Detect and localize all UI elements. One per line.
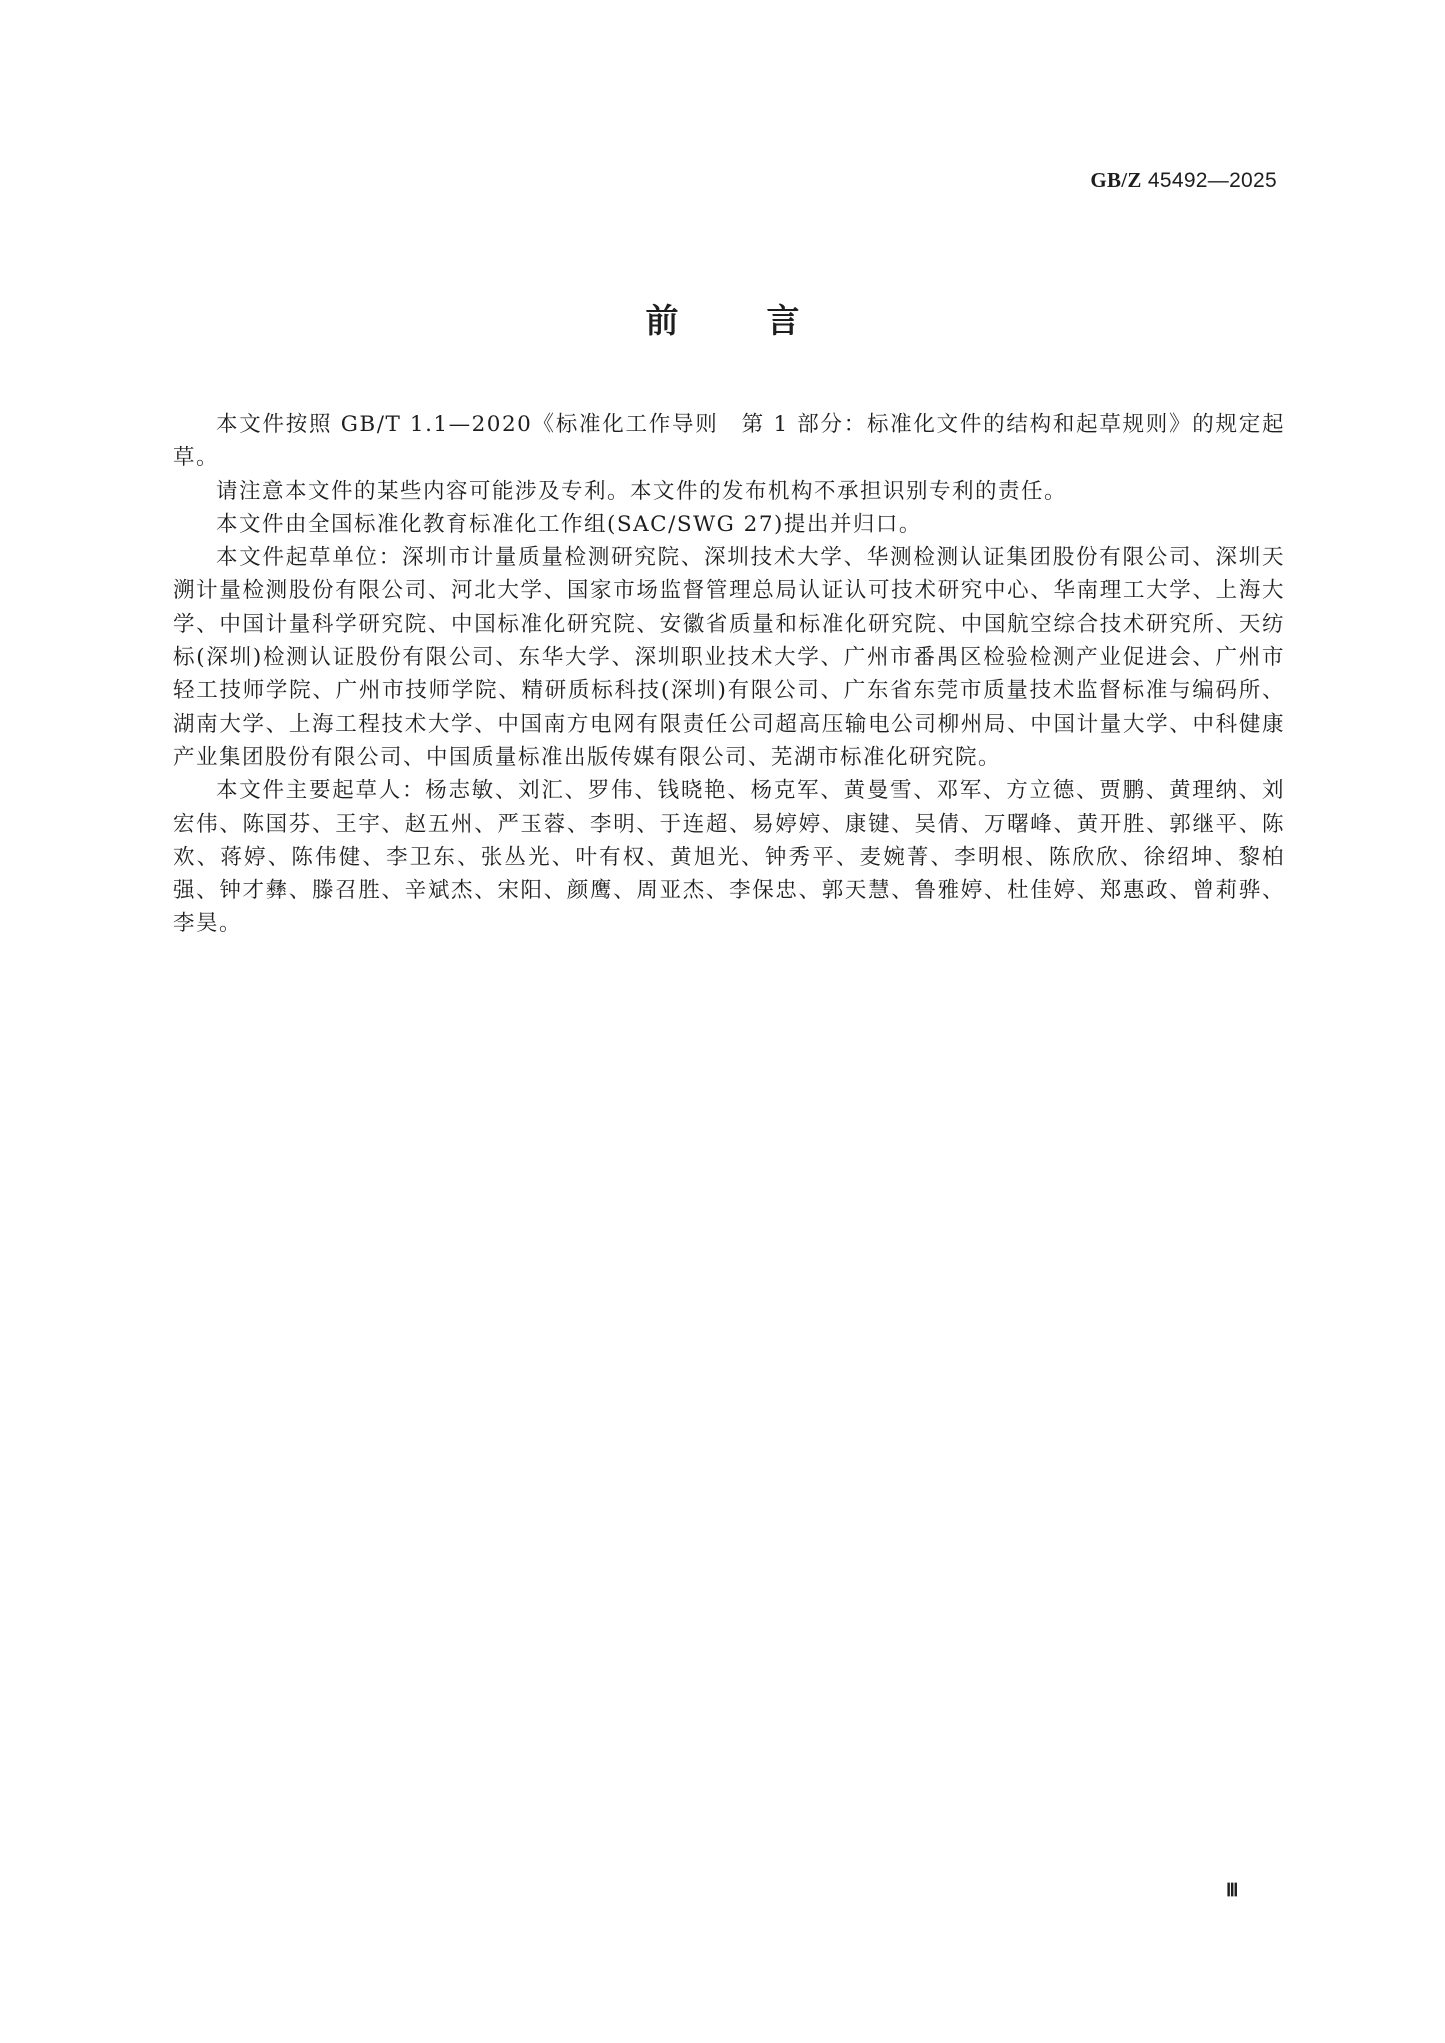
standard-code-number: 45492—2025 [1142,169,1277,192]
paragraph-patent-notice: 请注意本文件的某些内容可能涉及专利。本文件的发布机构不承担识别专利的责任。 [173,475,1285,508]
standard-code-header: GB/Z 45492—2025 [1090,168,1277,193]
paragraph-drafting-rules: 本文件按照 GB/T 1.1—2020《标准化工作导则 第 1 部分：标准化文件… [173,408,1285,475]
foreword-body: 本文件按照 GB/T 1.1—2020《标准化工作导则 第 1 部分：标准化文件… [173,408,1285,941]
paragraph-drafters: 本文件主要起草人：杨志敏、刘汇、罗伟、钱晓艳、杨克军、黄曼雪、邓军、方立德、贾鹏… [173,774,1285,940]
paragraph-drafting-organizations: 本文件起草单位：深圳市计量质量检测研究院、深圳技术大学、华测检测认证集团股份有限… [173,541,1285,774]
page-number: Ⅲ [1226,1880,1238,1901]
paragraph-proposer: 本文件由全国标准化教育标准化工作组(SAC/SWG 27)提出并归口。 [173,508,1285,541]
page-title: 前言 [0,295,1445,342]
standard-code-prefix: GB/Z [1090,168,1141,192]
